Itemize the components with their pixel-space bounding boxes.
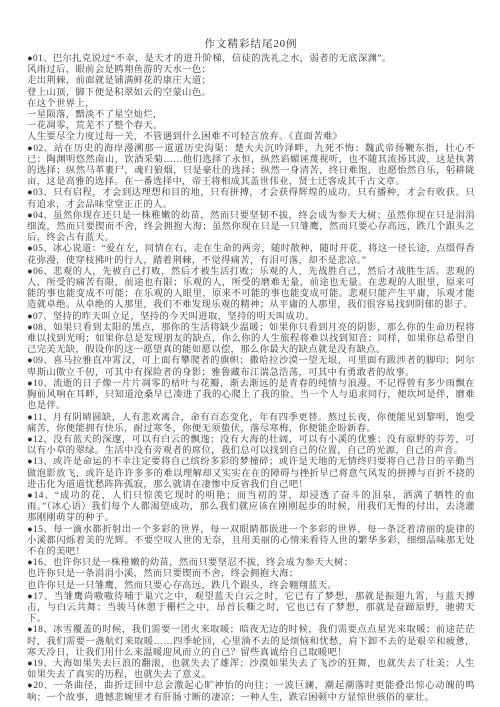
paragraph: ●13、或许是命运的不幸注定要将自己缤纷多彩的梦撞碎；或许是天地的无情终归要将自… [27, 457, 475, 491]
paragraph: ●08、如果只看到太阳的黑点，那你的生活将缺少温暖；如果你只看到月亮的阴影，那么… [27, 323, 475, 357]
paragraph: ●03、只有启程，才会到达理想和目的地，只有拼搏，才会获得辉煌的成功，只有播种，… [27, 188, 475, 210]
paragraph: ●02、站在历史的海岸漫溯那一道道历史沟渠：楚大夫沉吟泽畔，九死不悔；魏武帝扬鞭… [27, 144, 475, 189]
paragraph: ●17、当雏鹰尚嗷嗷待哺于巢穴之中，观望蓝天白云之时，它已有了梦想，那就是振翅九… [27, 592, 475, 626]
paragraph: ●04、虽然你现在还只是一株稚嫩的幼苗，然而只要坚韧不拔，终会成为参天大树；虽然… [27, 211, 475, 245]
paragraph: ●19、大海如果失去巨浪的翻滚，也就失去了雄浑；沙漠如果失去了飞沙的狂舞，也就失… [27, 659, 475, 681]
document-page: 作文精彩结尾20例 ●01、巴尔扎克说过“不幸，是天才的进升阶梯，信徒的洗礼之水… [0, 0, 500, 707]
paragraph: ●18、冰雪覆盖的时候，我们需要一团火来取暖；暗夜无边的时候，我们需要点点星光来… [27, 625, 475, 659]
paragraph: ●20、一条曲径，曲折迂回中总会激起心旷神怡的向往；一波巨澜，潮起潮落时更能叠出… [27, 681, 475, 703]
paragraph: ●09、喜马拉雅直冲霄汉，可上面有攀爬者的旗帜；撒哈拉沙漠一望无垠，可里面有跋涉… [27, 356, 475, 378]
paragraph: ●01、巴尔扎克说过“不幸，是天才的进升阶梯，信徒的洗礼之水，弱者的无底深渊”。… [27, 54, 475, 144]
paragraph: ●16、也许你只是一株稚嫩的幼苗，然而只要坚忍不拔，终会成为参天大树； 也许你只… [27, 558, 475, 592]
paragraph: ●12、没有蓝天的深邃，可以有白云的飘逸；没有大海的壮阔，可以有小溪的优雅；没有… [27, 435, 475, 457]
paragraph: ●15、每一滴水都折射出一个多彩的世界，每一双眼睛都嵌进一个多彩的世界，每一条泛… [27, 525, 475, 559]
document-body: ●01、巴尔扎克说过“不幸，是天才的进升阶梯，信徒的洗礼之水，弱者的无底深渊”。… [27, 54, 475, 704]
paragraph: ●10、流逝的日子像一片片凋零的枯叶与花瓣，渐去渐远的是青春的纯情与浪漫。不记得… [27, 379, 475, 413]
paragraph: ●06、悲观的人，先被自己打败，然后才被生活打败；乐观的人，先战胜自己，然后才战… [27, 267, 475, 312]
paragraph: ●14、“成功的花，人们只惊羡它现时的明艳；而当初的芽，却浸透了奋斗的泪泉，洒满… [27, 491, 475, 525]
paragraph: ●05、冰心说道：“爱在左，同情在右，走在生命的两旁，随时散种，随时开花，将这一… [27, 244, 475, 266]
paragraph: ●11、月有阴晴圆缺，人有悲欢离合，命有百态变化，年有四季更替。熬过长夜，你便能… [27, 413, 475, 435]
page-title: 作文精彩结尾20例 [27, 36, 475, 51]
paragraph: ●07、坚持的昨天叫立足，坚持的今天叫进取，坚持的明天叫成功。 [27, 312, 475, 323]
